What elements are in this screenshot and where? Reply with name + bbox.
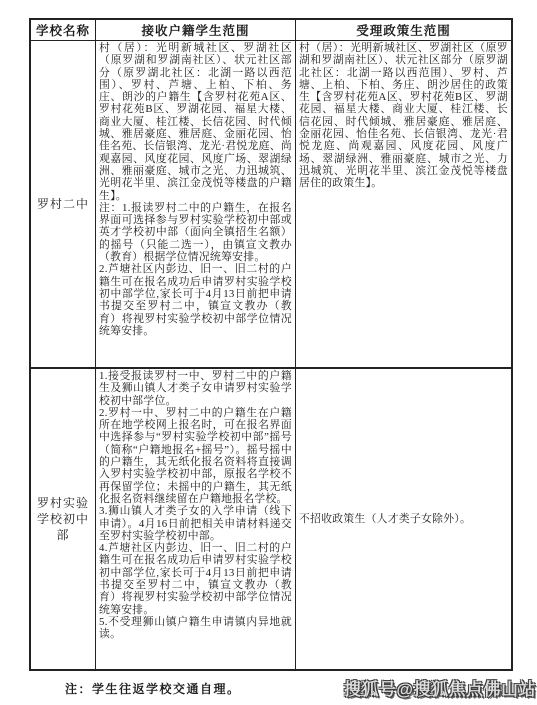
table-row-luocun-no2: 罗村二中 村（居）：光明新城社区、罗湖社区（原罗湖和罗湖南社区）、状元社区部分（… [31,41,511,369]
school-name-cell: 罗村实验学校初中部 [31,369,96,669]
household-scope-cell: 1.接受报读罗村一中、罗村二中的户籍生及狮山镇人才类子女申请罗村实验学校初中部学… [96,369,296,669]
header-school-name: 学校名称 [31,20,96,40]
table-row-luocun-experimental: 罗村实验学校初中部 1.接受报读罗村一中、罗村二中的户籍生及狮山镇人才类子女申请… [31,369,511,669]
footnote: 注：学生往返学校交通自理。 [65,680,241,697]
household-scope-cell: 村（居）：光明新城社区、罗湖社区（原罗湖和罗湖南社区）、状元社区部分（原罗湖北社… [96,41,296,367]
policy-scope-cell: 不招收政策生（人才类子女除外）。 [296,369,511,669]
table-header-row: 学校名称 接收户籍学生范围 受理政策生范围 [31,20,511,41]
header-household-student-scope: 接收户籍学生范围 [96,20,296,40]
document-page: 学校名称 接收户籍学生范围 受理政策生范围 罗村二中 村（居）：光明新城社区、罗… [0,0,537,705]
enrollment-scope-table: 学校名称 接收户籍学生范围 受理政策生范围 罗村二中 村（居）：光明新城社区、罗… [29,18,513,671]
sohu-watermark: 搜狐号@搜狐焦点佛山站 [344,675,536,700]
header-policy-student-scope: 受理政策生范围 [296,20,511,40]
school-name-cell: 罗村二中 [31,41,96,367]
policy-scope-cell: 村（居）：光明新城社区、罗湖社区（原罗湖和罗湖南社区）、状元社区部分（原罗湖北社… [296,41,511,367]
